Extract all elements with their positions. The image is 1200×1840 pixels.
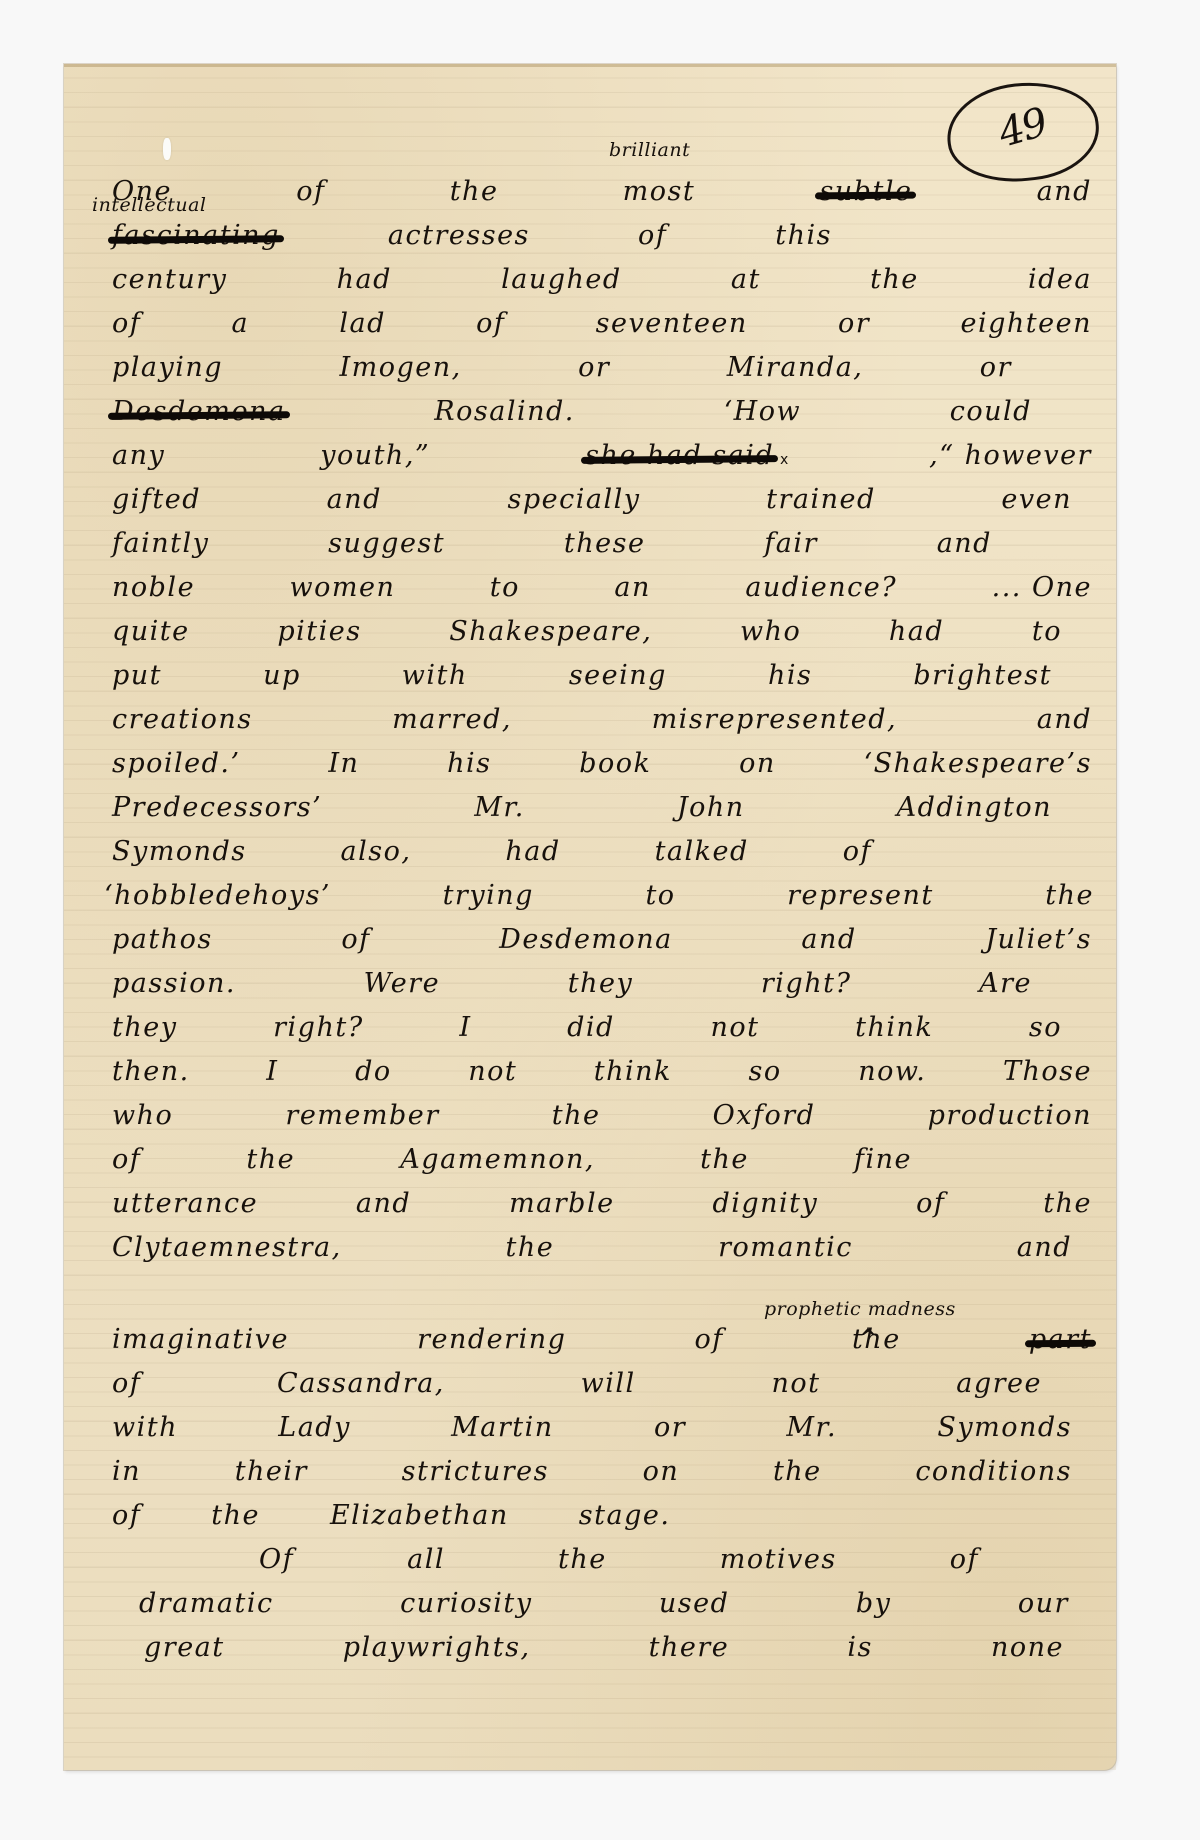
word: with	[402, 660, 468, 691]
word: of	[695, 1324, 724, 1355]
word: so	[1029, 1012, 1062, 1043]
struck-word: fascinating	[112, 220, 280, 251]
word: will	[581, 1368, 636, 1399]
word: our	[1018, 1588, 1069, 1619]
word: ... One	[992, 572, 1092, 603]
word: do	[355, 1056, 392, 1087]
word: is	[847, 1632, 873, 1663]
word: talked	[655, 836, 749, 867]
manuscript-line-3: century had laughed at the idea	[112, 264, 1092, 295]
word: In	[328, 748, 359, 779]
word: the	[506, 1232, 555, 1263]
word: Agamemnon,	[400, 1144, 595, 1175]
word: One	[112, 176, 172, 207]
word: quite	[112, 616, 190, 647]
word: seventeen	[596, 308, 748, 339]
word: of	[112, 1500, 141, 1531]
word: great	[144, 1632, 225, 1663]
word: trained	[766, 484, 876, 515]
word: passion.	[112, 968, 236, 999]
word: and	[1037, 176, 1092, 207]
word: on	[643, 1456, 680, 1487]
manuscript-line-24: utterance and marble dignity of the	[112, 1188, 1092, 1219]
manuscript-line-26: imaginative rendering of the part	[112, 1324, 1092, 1355]
word: John	[677, 792, 745, 823]
struck-word: subtle	[819, 176, 912, 207]
word: Oxford	[713, 1100, 816, 1131]
word: in	[112, 1456, 141, 1487]
word: rendering	[417, 1324, 566, 1355]
word: I	[266, 1056, 278, 1087]
word: agree	[956, 1368, 1042, 1399]
word: of	[112, 1368, 141, 1399]
word: any	[112, 440, 165, 471]
word: Mr.	[786, 1412, 837, 1443]
manuscript-line-13: creations marred, misrepresented, and	[112, 704, 1092, 735]
word: ,“ however	[929, 440, 1092, 471]
word: remember	[285, 1100, 439, 1131]
word: stage.	[579, 1500, 671, 1531]
manuscript-line-15: Predecessors’ Mr. John Addington	[112, 792, 1052, 823]
word: motives	[720, 1544, 837, 1575]
word: put	[112, 660, 162, 691]
word: strictures	[402, 1456, 549, 1487]
word: most	[623, 176, 696, 207]
manuscript-line-4: of a lad of seventeen or eighteen	[112, 308, 1092, 339]
word: could	[950, 396, 1032, 427]
word: Lady	[278, 1412, 351, 1443]
manuscript-line-23: of the Agamemnon, the fine	[112, 1144, 912, 1175]
word: the	[552, 1100, 601, 1131]
word: the	[1045, 880, 1094, 911]
word: represent	[787, 880, 934, 911]
word: of	[843, 836, 872, 867]
word: the	[870, 264, 919, 295]
word: an	[614, 572, 651, 603]
word: eighteen	[960, 308, 1091, 339]
manuscript-line-17: ‘hobbledehoys’ trying to represent the	[104, 880, 1094, 911]
word: utterance	[112, 1188, 258, 1219]
word: ‘hobbledehoys’	[104, 880, 331, 911]
word: Mr.	[474, 792, 525, 823]
word: brightest	[913, 660, 1052, 691]
word: there	[649, 1632, 730, 1663]
word: not	[771, 1368, 820, 1399]
word: to	[490, 572, 520, 603]
word: of	[112, 1144, 141, 1175]
manuscript-line-29: in their strictures on the conditions	[112, 1456, 1072, 1487]
manuscript-line-8: gifted and specially trained even	[112, 484, 1072, 515]
word: youth,”	[320, 440, 430, 471]
word: these	[564, 528, 646, 559]
word: women	[290, 572, 396, 603]
word: century	[112, 264, 227, 295]
word: Of	[259, 1544, 294, 1575]
word: so	[749, 1056, 782, 1087]
word: or	[838, 308, 870, 339]
word: noble	[112, 572, 195, 603]
word: imaginative	[112, 1324, 289, 1355]
word: Clytaemnestra,	[112, 1232, 342, 1263]
word: marred,	[392, 704, 512, 735]
word: faintly	[112, 528, 209, 559]
word: Juliet’s	[985, 924, 1092, 955]
word: and	[356, 1188, 411, 1219]
word: I	[459, 1012, 471, 1043]
word: idea	[1028, 264, 1092, 295]
word: had	[889, 616, 944, 647]
word: and	[937, 528, 992, 559]
manuscript-line-18: pathos of Desdemona and Juliet’s	[112, 924, 1092, 955]
word: his	[447, 748, 491, 779]
word: gifted	[112, 484, 201, 515]
word: playing	[112, 352, 223, 383]
struck-word: part	[1029, 1324, 1092, 1355]
word: Elizabethan	[330, 1500, 509, 1531]
manuscript-line-30: of the Elizabethan stage.	[112, 1500, 1092, 1531]
word: misrepresented,	[652, 704, 898, 735]
word: all	[407, 1544, 445, 1575]
word: or	[578, 352, 610, 383]
word: book	[579, 748, 651, 779]
word: used	[659, 1588, 730, 1619]
manuscript-line-31: Of all the motives of	[259, 1544, 979, 1575]
manuscript-line-12: put up with seeing his brightest	[112, 660, 1052, 691]
word: of	[638, 220, 667, 251]
word: Cassandra,	[277, 1368, 445, 1399]
word: also,	[341, 836, 412, 867]
word: the	[1043, 1188, 1092, 1219]
word: the	[700, 1144, 749, 1175]
word: their	[235, 1456, 308, 1487]
word: by	[856, 1588, 892, 1619]
word: with	[112, 1412, 178, 1443]
manuscript-line-10: noble women to an audience? ... One	[112, 572, 1092, 603]
insertion-brilliant: brilliant	[609, 139, 690, 161]
word: actresses	[388, 220, 530, 251]
word: dramatic	[139, 1588, 274, 1619]
word: this	[775, 220, 832, 251]
word: the	[558, 1544, 607, 1575]
word: pathos	[112, 924, 213, 955]
word: a	[232, 308, 250, 339]
word: and	[1037, 704, 1092, 735]
word: did	[567, 1012, 615, 1043]
word: of	[341, 924, 370, 955]
word: now.	[858, 1056, 926, 1087]
word: Imogen,	[339, 352, 461, 383]
word: suggest	[328, 528, 445, 559]
word: think	[594, 1056, 672, 1087]
word: fair	[764, 528, 818, 559]
word: not	[710, 1012, 759, 1043]
word: Desdemona	[499, 924, 673, 955]
manuscript-line-11: quite pities Shakespeare, who had to	[112, 616, 1062, 647]
word: of	[296, 176, 325, 207]
word: ‘How	[724, 396, 802, 427]
word: to	[645, 880, 675, 911]
word: production	[928, 1100, 1092, 1131]
word: and	[327, 484, 382, 515]
word: ‘Shakespeare’s	[864, 748, 1092, 779]
manuscript-line-19: passion. Were they right? Are	[112, 968, 1032, 999]
word: Those	[1003, 1056, 1092, 1087]
word: of	[916, 1188, 945, 1219]
word: of	[950, 1544, 979, 1575]
manuscript-line-2: fascinating actresses of this	[112, 220, 832, 251]
word: dignity	[712, 1188, 818, 1219]
word: of	[476, 308, 505, 339]
word: or	[980, 352, 1012, 383]
word: had	[505, 836, 560, 867]
word: conditions	[915, 1456, 1072, 1487]
word: Shakespeare,	[449, 616, 652, 647]
word: Symonds	[937, 1412, 1072, 1443]
struck-word: Desdemona	[112, 396, 286, 427]
manuscript-line-27: of Cassandra, will not agree	[112, 1368, 1042, 1399]
word: right?	[761, 968, 852, 999]
manuscript-line-22: who remember the Oxford production	[112, 1100, 1092, 1131]
word: Were	[364, 968, 440, 999]
word: the	[773, 1456, 822, 1487]
word: creations	[112, 704, 253, 735]
word: seeing	[569, 660, 667, 691]
insertion-prophetic-madness: prophetic madness	[764, 1298, 956, 1320]
manuscript-line-32: dramatic curiosity used by our	[139, 1588, 1069, 1619]
word: they	[112, 1012, 177, 1043]
manuscript-line-33: great playwrights, there is none	[144, 1632, 1064, 1663]
word: lad	[339, 308, 386, 339]
word: Rosalind.	[434, 396, 575, 427]
manuscript-line-25: Clytaemnestra, the romantic and	[112, 1232, 1072, 1263]
word: Are	[979, 968, 1032, 999]
word: right?	[273, 1012, 364, 1043]
manuscript-line-14: spoiled.’ In his book on ‘Shakespeare’s	[112, 748, 1092, 779]
word: specially	[508, 484, 641, 515]
manuscript-line-16: Symonds also, had talked of	[112, 836, 872, 867]
manuscript-line-1: One of the most subtle and	[112, 176, 1092, 207]
word: or	[654, 1412, 686, 1443]
word: even	[1001, 484, 1072, 515]
word: none	[991, 1632, 1064, 1663]
word: trying	[443, 880, 534, 911]
manuscript-page: 49 brilliant intellectual prophetic madn…	[64, 64, 1116, 1770]
word: the	[852, 1324, 901, 1355]
word: Predecessors’	[112, 792, 322, 823]
word: they	[568, 968, 633, 999]
word: up	[263, 660, 301, 691]
manuscript-line-5: playing Imogen, or Miranda, or	[112, 352, 1012, 383]
word: Miranda,	[727, 352, 864, 383]
word: who	[740, 616, 801, 647]
word: his	[768, 660, 812, 691]
word: marble	[509, 1188, 615, 1219]
word: the	[246, 1144, 295, 1175]
word: had	[337, 264, 392, 295]
word: Addington	[897, 792, 1052, 823]
word: Martin	[451, 1412, 554, 1443]
manuscript-line-7: any youth,” she had said ,“ however	[112, 440, 1092, 471]
word: who	[112, 1100, 173, 1131]
word: romantic	[718, 1232, 853, 1263]
word: think	[855, 1012, 933, 1043]
word: not	[468, 1056, 517, 1087]
word: curiosity	[400, 1588, 532, 1619]
struck-word: she had said	[585, 440, 774, 471]
word: to	[1032, 616, 1062, 647]
word: the	[450, 176, 499, 207]
word: at	[731, 264, 761, 295]
word: then.	[112, 1056, 190, 1087]
manuscript-line-21: then. I do not think so now. Those	[112, 1056, 1092, 1087]
manuscript-line-6: Desdemona Rosalind. ‘How could	[112, 396, 1032, 427]
manuscript-line-28: with Lady Martin or Mr. Symonds	[112, 1412, 1072, 1443]
word: of	[112, 308, 141, 339]
word: and	[1017, 1232, 1072, 1263]
word: the	[211, 1500, 260, 1531]
word: laughed	[501, 264, 622, 295]
word: and	[801, 924, 856, 955]
word: fine	[854, 1144, 912, 1175]
manuscript-line-9: faintly suggest these fair and	[112, 528, 992, 559]
word: Symonds	[112, 836, 247, 867]
word: on	[739, 748, 776, 779]
handwritten-text: brilliant intellectual prophetic madness…	[64, 64, 1116, 1770]
word: spoiled.’	[112, 748, 241, 779]
word: audience?	[745, 572, 897, 603]
word: pities	[277, 616, 361, 647]
manuscript-line-20: they right? I did not think so	[112, 1012, 1062, 1043]
word: playwrights,	[343, 1632, 531, 1663]
